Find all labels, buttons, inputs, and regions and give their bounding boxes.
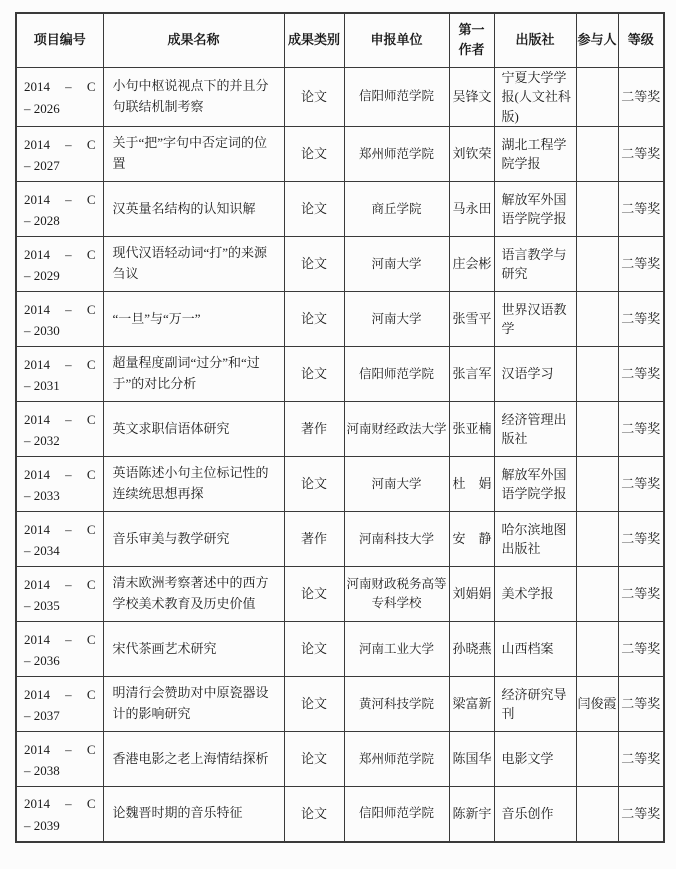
project-code-line1: 2014 – C bbox=[24, 464, 96, 485]
project-code-line2: – 2033 bbox=[24, 485, 96, 506]
project-code-line2: – 2032 bbox=[24, 430, 96, 451]
cell-participants: 闫俊霞 bbox=[576, 677, 618, 732]
cell-title: “一旦”与“万一” bbox=[103, 292, 284, 347]
cell-participants bbox=[576, 567, 618, 622]
cell-title: 超量程度副词“过分”和“过于”的对比分析 bbox=[103, 347, 284, 402]
cell-category: 论文 bbox=[284, 732, 344, 787]
cell-category: 论文 bbox=[284, 292, 344, 347]
header-row: 项目编号 成果名称 成果类别 申报单位 第一作者 出版社 参与人 等级 bbox=[16, 13, 664, 67]
cell-grade: 二等奖 bbox=[618, 292, 664, 347]
project-code-line1: 2014 – C bbox=[24, 76, 96, 97]
cell-project-code: 2014 – C – 2027 bbox=[16, 127, 103, 182]
cell-participants bbox=[576, 402, 618, 457]
cell-first-author: 安 静 bbox=[449, 512, 494, 567]
cell-first-author: 马永田 bbox=[449, 182, 494, 237]
project-code-line1: 2014 – C bbox=[24, 629, 96, 650]
cell-title: 汉英量名结构的认知识解 bbox=[103, 182, 284, 237]
cell-publisher: 音乐创作 bbox=[494, 787, 576, 842]
cell-project-code: 2014 – C – 2034 bbox=[16, 512, 103, 567]
cell-project-code: 2014 – C – 2030 bbox=[16, 292, 103, 347]
cell-publisher: 解放军外国语学院学报 bbox=[494, 457, 576, 512]
cell-category: 论文 bbox=[284, 347, 344, 402]
cell-participants bbox=[576, 512, 618, 567]
cell-first-author: 张雪平 bbox=[449, 292, 494, 347]
col-header-publisher: 出版社 bbox=[494, 13, 576, 67]
cell-project-code: 2014 – C – 2031 bbox=[16, 347, 103, 402]
col-header-first-author: 第一作者 bbox=[449, 13, 494, 67]
project-code-line2: – 2039 bbox=[24, 815, 96, 836]
project-code-line2: – 2027 bbox=[24, 155, 96, 176]
table-row: 2014 – C – 2032 英文求职信语体研究 著作 河南财经政法大学 张亚… bbox=[16, 402, 664, 457]
cell-participants bbox=[576, 622, 618, 677]
cell-project-code: 2014 – C – 2029 bbox=[16, 237, 103, 292]
cell-title: 香港电影之老上海情结探析 bbox=[103, 732, 284, 787]
cell-grade: 二等奖 bbox=[618, 787, 664, 842]
cell-project-code: 2014 – C – 2038 bbox=[16, 732, 103, 787]
table-row: 2014 – C – 2035 清末欧洲考察著述中的西方学校美术教育及历史价值 … bbox=[16, 567, 664, 622]
cell-unit: 河南大学 bbox=[344, 292, 449, 347]
cell-unit: 郑州师范学院 bbox=[344, 732, 449, 787]
cell-category: 论文 bbox=[284, 127, 344, 182]
table-row: 2014 – C – 2037 明清行会赞助对中原瓷器设计的影响研究 论文 黄河… bbox=[16, 677, 664, 732]
table-row: 2014 – C – 2031 超量程度副词“过分”和“过于”的对比分析 论文 … bbox=[16, 347, 664, 402]
table-row: 2014 – C – 2034 音乐审美与教学研究 著作 河南科技大学 安 静 … bbox=[16, 512, 664, 567]
table-row: 2014 – C – 2027 关于“把”字句中否定词的位置 论文 郑州师范学院… bbox=[16, 127, 664, 182]
project-code-line2: – 2037 bbox=[24, 705, 96, 726]
cell-project-code: 2014 – C – 2039 bbox=[16, 787, 103, 842]
cell-first-author: 陈国华 bbox=[449, 732, 494, 787]
project-code-line2: – 2038 bbox=[24, 760, 96, 781]
cell-first-author: 张亚楠 bbox=[449, 402, 494, 457]
cell-title: 英语陈述小句主位标记性的连续统思想再探 bbox=[103, 457, 284, 512]
cell-title: 关于“把”字句中否定词的位置 bbox=[103, 127, 284, 182]
cell-grade: 二等奖 bbox=[618, 732, 664, 787]
cell-publisher: 语言教学与研究 bbox=[494, 237, 576, 292]
table-row: 2014 – C – 2036 宋代茶画艺术研究 论文 河南工业大学 孙晓燕 山… bbox=[16, 622, 664, 677]
document-page: 项目编号 成果名称 成果类别 申报单位 第一作者 出版社 参与人 等级 2014… bbox=[0, 0, 676, 869]
col-header-category: 成果类别 bbox=[284, 13, 344, 67]
project-code-line1: 2014 – C bbox=[24, 574, 96, 595]
project-code-line1: 2014 – C bbox=[24, 409, 96, 430]
cell-project-code: 2014 – C – 2028 bbox=[16, 182, 103, 237]
table-row: 2014 – C – 2039 论魏晋时期的音乐特征 论文 信阳师范学院 陈新宇… bbox=[16, 787, 664, 842]
cell-title: 小句中枢说视点下的并且分句联结机制考察 bbox=[103, 67, 284, 127]
project-code-line1: 2014 – C bbox=[24, 793, 96, 814]
project-code-line2: – 2029 bbox=[24, 265, 96, 286]
cell-publisher: 电影文学 bbox=[494, 732, 576, 787]
cell-participants bbox=[576, 67, 618, 127]
project-code-line1: 2014 – C bbox=[24, 189, 96, 210]
cell-publisher: 经济研究导刊 bbox=[494, 677, 576, 732]
cell-publisher: 解放军外国语学院学报 bbox=[494, 182, 576, 237]
project-code-line2: – 2035 bbox=[24, 595, 96, 616]
cell-unit: 河南财经政法大学 bbox=[344, 402, 449, 457]
cell-first-author: 庄会彬 bbox=[449, 237, 494, 292]
cell-category: 论文 bbox=[284, 457, 344, 512]
cell-category: 论文 bbox=[284, 787, 344, 842]
cell-unit: 信阳师范学院 bbox=[344, 347, 449, 402]
project-code-line2: – 2034 bbox=[24, 540, 96, 561]
project-code-line1: 2014 – C bbox=[24, 244, 96, 265]
cell-category: 论文 bbox=[284, 567, 344, 622]
cell-publisher: 湖北工程学院学报 bbox=[494, 127, 576, 182]
table-row: 2014 – C – 2026 小句中枢说视点下的并且分句联结机制考察 论文 信… bbox=[16, 67, 664, 127]
col-header-participants: 参与人 bbox=[576, 13, 618, 67]
table-row: 2014 – C – 2028 汉英量名结构的认知识解 论文 商丘学院 马永田 … bbox=[16, 182, 664, 237]
project-code-line1: 2014 – C bbox=[24, 684, 96, 705]
project-code-line1: 2014 – C bbox=[24, 354, 96, 375]
cell-grade: 二等奖 bbox=[618, 677, 664, 732]
cell-unit: 河南科技大学 bbox=[344, 512, 449, 567]
cell-first-author: 孙晓燕 bbox=[449, 622, 494, 677]
project-code-line2: – 2031 bbox=[24, 375, 96, 396]
col-header-title: 成果名称 bbox=[103, 13, 284, 67]
table-row: 2014 – C – 2030 “一旦”与“万一” 论文 河南大学 张雪平 世界… bbox=[16, 292, 664, 347]
cell-publisher: 美术学报 bbox=[494, 567, 576, 622]
cell-unit: 河南财政税务高等专科学校 bbox=[344, 567, 449, 622]
awards-table: 项目编号 成果名称 成果类别 申报单位 第一作者 出版社 参与人 等级 2014… bbox=[15, 12, 665, 843]
cell-publisher: 经济管理出版社 bbox=[494, 402, 576, 457]
cell-grade: 二等奖 bbox=[618, 127, 664, 182]
cell-grade: 二等奖 bbox=[618, 237, 664, 292]
cell-grade: 二等奖 bbox=[618, 402, 664, 457]
cell-category: 论文 bbox=[284, 67, 344, 127]
cell-project-code: 2014 – C – 2026 bbox=[16, 67, 103, 127]
cell-first-author: 梁富新 bbox=[449, 677, 494, 732]
cell-unit: 黄河科技学院 bbox=[344, 677, 449, 732]
cell-grade: 二等奖 bbox=[618, 567, 664, 622]
cell-participants bbox=[576, 127, 618, 182]
cell-participants bbox=[576, 292, 618, 347]
project-code-line1: 2014 – C bbox=[24, 299, 96, 320]
cell-publisher: 山西档案 bbox=[494, 622, 576, 677]
cell-unit: 信阳师范学院 bbox=[344, 67, 449, 127]
cell-grade: 二等奖 bbox=[618, 622, 664, 677]
cell-category: 论文 bbox=[284, 237, 344, 292]
cell-participants bbox=[576, 237, 618, 292]
cell-publisher: 汉语学习 bbox=[494, 347, 576, 402]
cell-publisher: 世界汉语教学 bbox=[494, 292, 576, 347]
cell-category: 论文 bbox=[284, 677, 344, 732]
project-code-line1: 2014 – C bbox=[24, 134, 96, 155]
cell-participants bbox=[576, 732, 618, 787]
cell-project-code: 2014 – C – 2037 bbox=[16, 677, 103, 732]
cell-grade: 二等奖 bbox=[618, 457, 664, 512]
project-code-line1: 2014 – C bbox=[24, 739, 96, 760]
cell-first-author: 杜 娟 bbox=[449, 457, 494, 512]
cell-category: 论文 bbox=[284, 622, 344, 677]
cell-unit: 河南大学 bbox=[344, 457, 449, 512]
cell-grade: 二等奖 bbox=[618, 182, 664, 237]
cell-first-author: 刘钦荣 bbox=[449, 127, 494, 182]
table-row: 2014 – C – 2029 现代汉语轻动词“打”的来源刍议 论文 河南大学 … bbox=[16, 237, 664, 292]
col-header-grade: 等级 bbox=[618, 13, 664, 67]
cell-grade: 二等奖 bbox=[618, 347, 664, 402]
project-code-line2: – 2030 bbox=[24, 320, 96, 341]
cell-title: 明清行会赞助对中原瓷器设计的影响研究 bbox=[103, 677, 284, 732]
col-header-project-code: 项目编号 bbox=[16, 13, 103, 67]
cell-unit: 信阳师范学院 bbox=[344, 787, 449, 842]
cell-publisher: 哈尔滨地图出版社 bbox=[494, 512, 576, 567]
cell-publisher: 宁夏大学学报(人文社科版) bbox=[494, 67, 576, 127]
cell-category: 著作 bbox=[284, 512, 344, 567]
cell-unit: 河南大学 bbox=[344, 237, 449, 292]
cell-title: 现代汉语轻动词“打”的来源刍议 bbox=[103, 237, 284, 292]
cell-title: 论魏晋时期的音乐特征 bbox=[103, 787, 284, 842]
project-code-line2: – 2026 bbox=[24, 98, 96, 119]
cell-title: 宋代茶画艺术研究 bbox=[103, 622, 284, 677]
cell-participants bbox=[576, 182, 618, 237]
cell-unit: 郑州师范学院 bbox=[344, 127, 449, 182]
cell-unit: 商丘学院 bbox=[344, 182, 449, 237]
cell-grade: 二等奖 bbox=[618, 67, 664, 127]
table-row: 2014 – C – 2033 英语陈述小句主位标记性的连续统思想再探 论文 河… bbox=[16, 457, 664, 512]
cell-category: 论文 bbox=[284, 182, 344, 237]
table-row: 2014 – C – 2038 香港电影之老上海情结探析 论文 郑州师范学院 陈… bbox=[16, 732, 664, 787]
col-header-unit: 申报单位 bbox=[344, 13, 449, 67]
cell-participants bbox=[576, 347, 618, 402]
cell-first-author: 张言军 bbox=[449, 347, 494, 402]
cell-title: 音乐审美与教学研究 bbox=[103, 512, 284, 567]
project-code-line2: – 2028 bbox=[24, 210, 96, 231]
cell-category: 著作 bbox=[284, 402, 344, 457]
cell-title: 清末欧洲考察著述中的西方学校美术教育及历史价值 bbox=[103, 567, 284, 622]
cell-title: 英文求职信语体研究 bbox=[103, 402, 284, 457]
cell-first-author: 刘娟娟 bbox=[449, 567, 494, 622]
project-code-line2: – 2036 bbox=[24, 650, 96, 671]
cell-project-code: 2014 – C – 2035 bbox=[16, 567, 103, 622]
project-code-line1: 2014 – C bbox=[24, 519, 96, 540]
cell-unit: 河南工业大学 bbox=[344, 622, 449, 677]
cell-project-code: 2014 – C – 2032 bbox=[16, 402, 103, 457]
cell-first-author: 陈新宇 bbox=[449, 787, 494, 842]
cell-participants bbox=[576, 787, 618, 842]
cell-project-code: 2014 – C – 2033 bbox=[16, 457, 103, 512]
cell-first-author: 吴锋文 bbox=[449, 67, 494, 127]
cell-project-code: 2014 – C – 2036 bbox=[16, 622, 103, 677]
cell-participants bbox=[576, 457, 618, 512]
cell-grade: 二等奖 bbox=[618, 512, 664, 567]
